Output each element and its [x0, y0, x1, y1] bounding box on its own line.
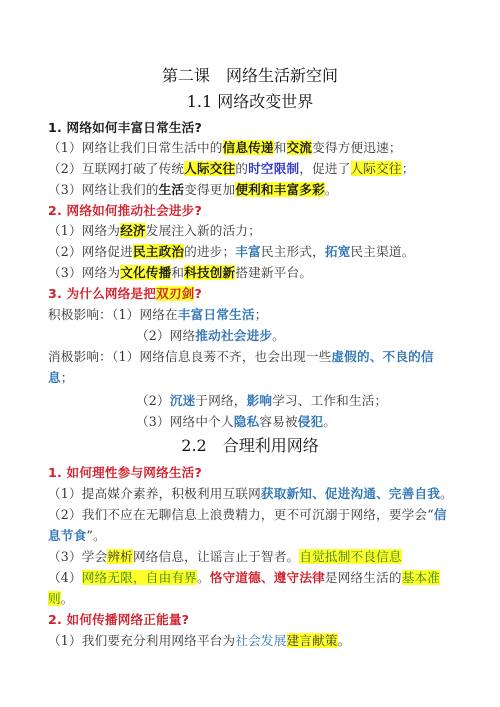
section-title-2-2: 2.2 合理利用网络 [0, 436, 500, 456]
text-segment: 隐私 [234, 414, 260, 429]
text-segment: （2） [136, 393, 170, 408]
text-segment: 。 [272, 328, 285, 343]
text-segment: 消极影响：（1）网络信息良莠不齐，也会出现一些 [48, 349, 331, 364]
text-segment: 搭建新平台。 [235, 265, 312, 280]
text-line: 3. 为什么网络是把双刃剑? [48, 286, 202, 302]
text-segment: ”。 [86, 528, 105, 543]
text-line: 息节食”。 [48, 528, 106, 544]
text-line: （1）我们要充分利用网络平台为社会发展建言献策。 [48, 633, 351, 649]
text-segment: 社会发展 [235, 633, 286, 648]
text-segment: 虚假的、不良的信 [331, 349, 433, 364]
highlighted-text: 建言献策 [287, 633, 338, 648]
text-segment: 信 [434, 507, 447, 522]
text-segment: 变得方便迅速； [312, 140, 402, 155]
text-segment: 沉迷 [170, 393, 196, 408]
text-segment: 。 [197, 570, 210, 585]
highlighted-text: 网络无限，自由有界 [82, 570, 197, 585]
highlighted-text: 交流 [287, 140, 313, 155]
text-segment: 容易被 [259, 414, 297, 429]
text-segment: 。 [338, 633, 351, 648]
text-segment: 发展注入新的活力； [146, 223, 261, 238]
text-line: （3）网络让我们的生活变得更加便利和丰富多彩。 [48, 182, 338, 198]
text-segment: （1）提高媒介素养，积极利用互联网 [48, 486, 261, 501]
text-segment: （3）学会 [48, 549, 107, 564]
text-line: （3）网络为文化传播和科技创新搭建新平台。 [48, 265, 312, 281]
highlighted-text: 便利和丰富多彩 [235, 182, 325, 197]
text-line: 2. 如何传播网络正能量? [48, 612, 189, 628]
text-segment: 息 [48, 370, 61, 385]
text-segment: （3）网络为 [48, 265, 120, 280]
text-segment: 。 [325, 182, 338, 197]
highlighted-text: 辨析 [107, 549, 133, 564]
text-segment: 2. 如何传播网络正能量? [48, 612, 189, 627]
text-segment: 民主渠道。 [351, 244, 415, 259]
text-line: 消极影响：（1）网络信息良莠不齐，也会出现一些虚假的、不良的信 [48, 349, 434, 365]
text-line: 息； [48, 370, 74, 386]
text-line: 则。 [48, 591, 74, 607]
text-segment: 息节食 [48, 528, 86, 543]
text-line: （1）网络让我们日常生活中的信息传递和交流变得方便迅速； [48, 140, 402, 156]
text-segment: 的进步； [184, 244, 235, 259]
text-segment: （2）网络 [136, 328, 195, 343]
text-segment: 2. 网络如何推动社会进步? [48, 203, 202, 218]
text-segment: 侵犯 [298, 414, 324, 429]
text-segment: （1）网络为 [48, 223, 120, 238]
text-segment: 。 [61, 591, 74, 606]
text-line: 2. 网络如何推动社会进步? [48, 203, 202, 219]
text-segment: 民主形式， [261, 244, 325, 259]
highlighted-text: 自觉抵制不良信息 [299, 549, 401, 564]
highlighted-text: 则 [48, 591, 61, 606]
text-segment: 1. 网络如何丰富日常生活? [48, 120, 202, 135]
text-segment: ，促进了 [299, 161, 350, 176]
text-segment: （3）网络中个人 [136, 414, 234, 429]
highlighted-text: 文化传播 [120, 265, 171, 280]
text-segment: 丰富日常生活 [178, 307, 255, 322]
text-line: （2）我们不应在无聊信息上浪费精力，更不可沉溺于网络，要学会“信 [48, 507, 447, 523]
text-segment: （2）互联网打破了传统 [48, 161, 184, 176]
section-title-1-1: 1.1 网络改变世界 [0, 92, 500, 112]
text-segment: 的 [235, 161, 248, 176]
text-line: （4）网络无限，自由有界。恪守道德、遵守法律是网络生活的基本准 [48, 570, 440, 586]
text-segment: （1）网络让我们日常生活中的 [48, 140, 223, 155]
text-line: 积极影响：（1）网络在丰富日常生活； [48, 307, 267, 323]
highlighted-text: 民主政治 [133, 244, 184, 259]
text-line: （2）互联网打破了传统人际交往的时空限制，促进了人际交往； [48, 161, 415, 177]
text-segment: （2）网络促进 [48, 244, 133, 259]
highlighted-text: 信息传递 [223, 140, 274, 155]
highlighted-text: 科技创新 [184, 265, 235, 280]
text-segment: 网络信息，让谣言止于智者。 [133, 549, 299, 564]
text-line: （1）网络为经济发展注入新的活力； [48, 223, 261, 239]
text-line: 1. 如何理性参与网络生活? [48, 465, 202, 481]
text-segment: ? [194, 286, 202, 301]
text-segment: 是网络生活的 [325, 570, 402, 585]
text-segment: 3. 为什么网络是把 [48, 286, 156, 301]
text-segment: 丰富 [235, 244, 261, 259]
text-segment: 影响 [247, 393, 273, 408]
text-segment: 和 [274, 140, 287, 155]
text-segment: 推动社会进步 [195, 328, 272, 343]
highlighted-text: 双刃剑 [156, 286, 194, 301]
text-segment: 学习、工作和生活； [272, 393, 387, 408]
text-segment: 获取新知、促进沟通、完善自我 [261, 486, 440, 501]
text-segment: （1）我们要充分利用网络平台为 [48, 633, 235, 648]
text-segment: 时空限制 [248, 161, 299, 176]
text-segment: 生活 [159, 182, 185, 197]
text-line: （3）网络中个人隐私容易被侵犯。 [136, 414, 336, 430]
text-segment: 。 [440, 486, 453, 501]
highlighted-text: 经济 [120, 223, 146, 238]
text-segment: 积极影响：（1）网络在 [48, 307, 178, 322]
text-segment: 恪守道德、遵守法律 [210, 570, 325, 585]
lesson-title: 第二课 网络生活新空间 [0, 66, 500, 86]
highlighted-text: 人际交往 [351, 161, 402, 176]
text-segment: ； [61, 370, 74, 385]
text-line: （2）网络促进民主政治的进步；丰富民主形式，拓宽民主渠道。 [48, 244, 414, 260]
highlighted-text: 基本准 [402, 570, 440, 585]
text-segment: 变得更加 [184, 182, 235, 197]
text-segment: ； [255, 307, 268, 322]
text-line: 1. 网络如何丰富日常生活? [48, 120, 202, 136]
text-segment: 于网络， [195, 393, 246, 408]
text-segment: ； [402, 161, 415, 176]
text-segment: 拓宽 [325, 244, 351, 259]
text-line: （2）网络推动社会进步。 [136, 328, 285, 344]
text-line: （1）提高媒介素养，积极利用互联网获取新知、促进沟通、完善自我。 [48, 486, 453, 502]
text-line: （3）学会辨析网络信息，让谣言止于智者。自觉抵制不良信息 [48, 549, 402, 565]
text-segment: 。 [323, 414, 336, 429]
text-segment: 和 [171, 265, 184, 280]
highlighted-text: 人际交往 [184, 161, 235, 176]
text-line: （2）沉迷于网络，影响学习、工作和生活； [136, 393, 387, 409]
text-segment: 1. 如何理性参与网络生活? [48, 465, 202, 480]
text-segment: （3）网络让我们的 [48, 182, 159, 197]
text-segment: （4） [48, 570, 82, 585]
text-segment: （2）我们不应在无聊信息上浪费精力，更不可沉溺于网络，要学会“ [48, 507, 434, 522]
document-page: 第二课 网络生活新空间 1.1 网络改变世界 2.2 合理利用网络 1. 网络如… [0, 0, 500, 707]
